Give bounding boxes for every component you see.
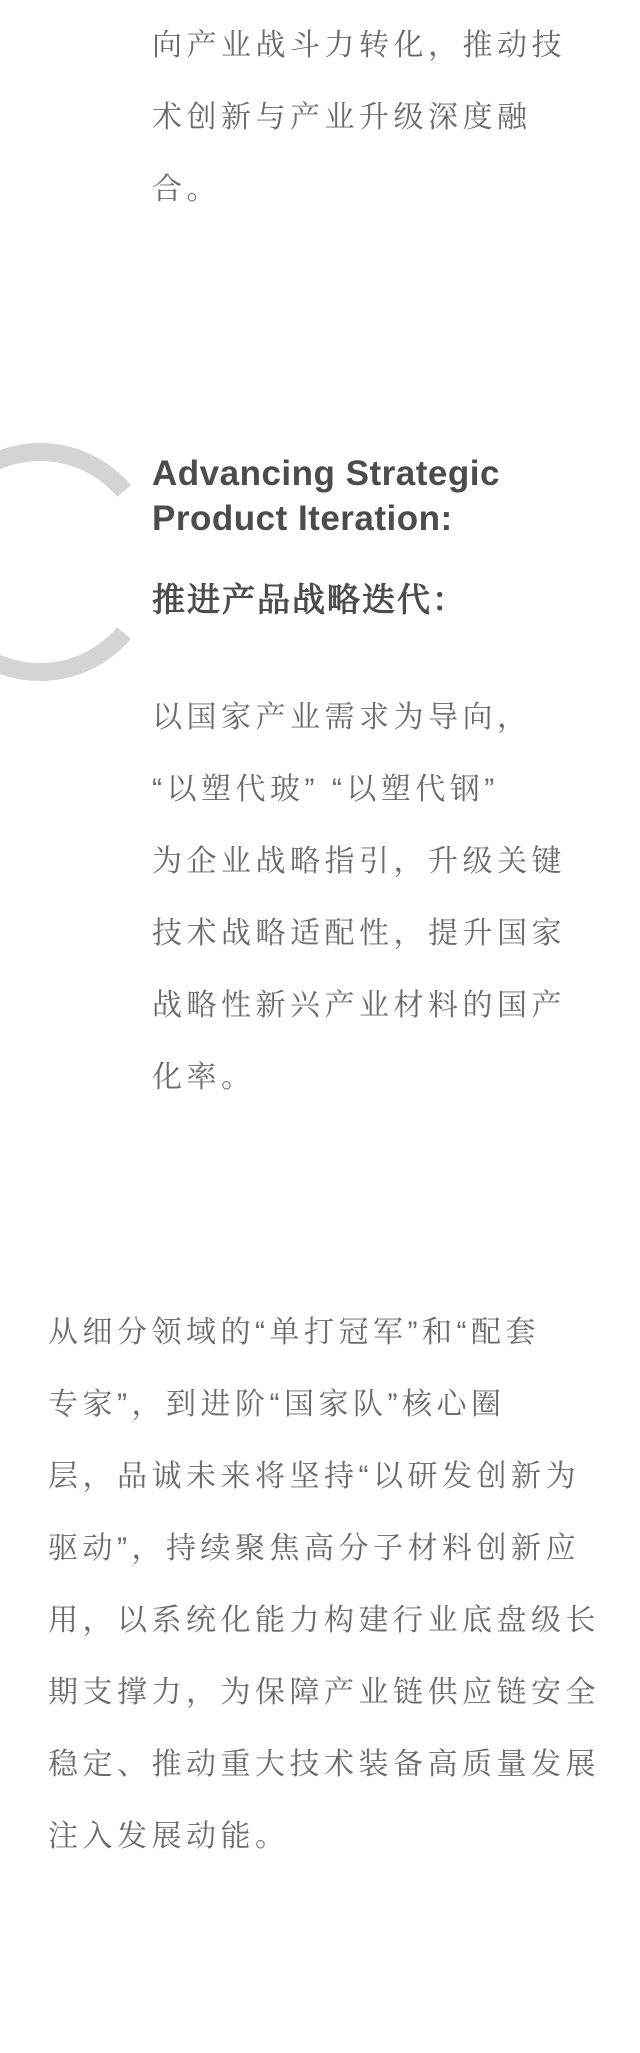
text-line: 期支撑力，为保障产业链供应链安全 bbox=[48, 1657, 608, 1729]
text-line: “以塑代玻” “以塑代钢” bbox=[152, 754, 602, 826]
text-line: 从细分领域的“单打冠军”和“配套 bbox=[48, 1297, 608, 1369]
paragraph-bottom: 从细分领域的“单打冠军”和“配套专家”，到进阶“国家队”核心圈层，品诚未来将坚持… bbox=[48, 1297, 608, 1873]
text-line: Product Iteration: bbox=[152, 496, 500, 541]
text-line: 专家”，到进阶“国家队”核心圈 bbox=[48, 1369, 608, 1441]
text-line: 驱动”，持续聚焦高分子材料创新应 bbox=[48, 1513, 608, 1585]
section-body-paragraph: 以国家产业需求为导向，“以塑代玻” “以塑代钢”为企业战略指引，升级关键技术战略… bbox=[152, 682, 602, 1114]
text-line: 注入发展动能。 bbox=[48, 1801, 608, 1873]
text-line: 为企业战略指引，升级关键 bbox=[152, 826, 602, 898]
section-heading-english: Advancing StrategicProduct Iteration: bbox=[152, 451, 500, 541]
text-line: 战略性新兴产业材料的国产 bbox=[152, 970, 602, 1042]
text-line: 稳定、推动重大技术装备高质量发展 bbox=[48, 1729, 608, 1801]
decorative-letter-c bbox=[0, 440, 150, 700]
text-line: 向产业战斗力转化，推动技 bbox=[152, 10, 602, 82]
text-line: 合。 bbox=[152, 154, 602, 226]
text-line: 以国家产业需求为导向， bbox=[152, 682, 602, 754]
text-line: 层，品诚未来将坚持“以研发创新为 bbox=[48, 1441, 608, 1513]
paragraph-top: 向产业战斗力转化，推动技术创新与产业升级深度融合。 bbox=[152, 10, 602, 226]
text-line: 术创新与产业升级深度融 bbox=[152, 82, 602, 154]
text-line: Advancing Strategic bbox=[152, 451, 500, 496]
article-page: 向产业战斗力转化，推动技术创新与产业升级深度融合。 Advancing Stra… bbox=[0, 0, 640, 2053]
text-line: 化率。 bbox=[152, 1042, 602, 1114]
letter-c-arc bbox=[0, 452, 124, 672]
text-line: 用，以系统化能力构建行业底盘级长 bbox=[48, 1585, 608, 1657]
section-heading-chinese: 推进产品战略迭代： bbox=[152, 578, 467, 622]
text-line: 技术战略适配性，提升国家 bbox=[152, 898, 602, 970]
